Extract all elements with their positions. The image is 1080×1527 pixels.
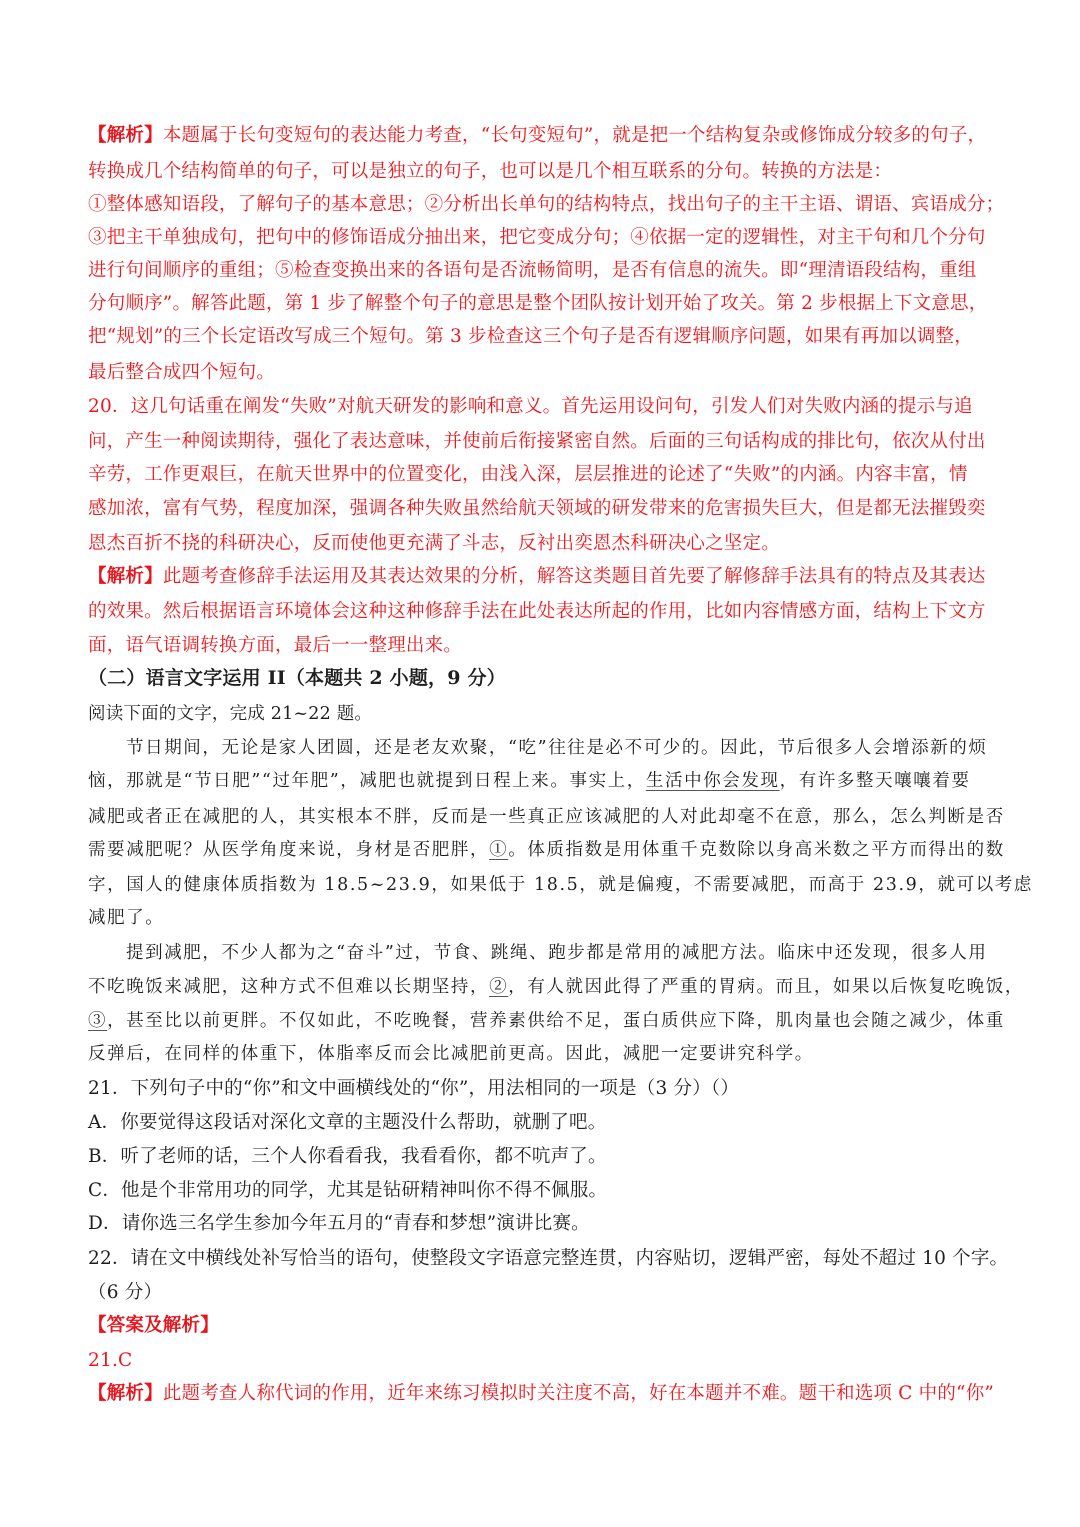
analysis-tag: 【解析】 [88, 566, 163, 587]
passage-p2-line-1: 提到减肥，不少人都为之“奋斗”过，节食、跳绳、跑步都是常用的减肥方法。临床中还发… [126, 941, 988, 965]
analysis-20-line-2: 的效果。然后根据语言环境体会这种这种修辞手法在此处表达所起的作用，比如内容情感方… [88, 600, 986, 624]
passage-text: ，有许多整天嚷嚷着要 [780, 771, 971, 791]
analysis-text: 此题考查修辞手法运用及其表达效果的分析，解答这类题目首先要了解修辞手法具有的特点… [163, 566, 986, 587]
analysis-19-line-1: 【解析】本题属于长句变短句的表达能力考查，“长句变短句”，就是把一个结构复杂或修… [88, 124, 986, 148]
answer-20-line-1: 20．这几句话重在阐发“失败”对航天研发的影响和意义。首先运用设问句，引发人们对… [88, 395, 973, 419]
answer-20-line-5: 恩杰百折不挠的科研决心，反而使他更充满了斗志，反衬出奕恩杰科研决心之坚定。 [88, 532, 780, 556]
passage-text: 不吃晚饭来减肥，这种方式不但难以长期坚持， [88, 977, 489, 997]
analysis-19-line-7: 把“规划”的三个长定语改写成三个短句。第 3 步检查这三个句子是否有逻辑顺序问题… [88, 325, 973, 349]
passage-p1-line-3: 减肥或者正在减肥的人，其实根本不胖，反而是一些真正应该减肥的人对此却毫不在意，那… [88, 805, 1005, 829]
answer-21: 21.C [88, 1349, 132, 1373]
question-21-option-c: C．他是个非常用功的同学，尤其是钻研精神叫你不得不佩服。 [88, 1179, 607, 1203]
passage-text: 。体质指数是用体重千克数除以身高米数之平方而得出的数 [508, 840, 1005, 860]
question-22-stem: 22．请在文中横线处补写恰当的语句，使整段文字语意完整连贯，内容贴切，逻辑严密，… [88, 1247, 1008, 1271]
passage-text: ，甚至比以前更胖。不仅如此，不吃晚餐，营养素供给不足，蛋白质供应下降，肌肉量也会… [107, 1011, 1005, 1031]
analysis-tag: 【解析】 [88, 125, 163, 146]
question-21-option-b: B．听了老师的话，三个人你看看我，我看看你，都不吭声了。 [88, 1145, 607, 1169]
passage-p2-line-3: ③，甚至比以前更胖。不仅如此，不吃晚餐，营养素供给不足，蛋白质供应下降，肌肉量也… [88, 1009, 1005, 1033]
passage-p1-line-5: 字，国人的健康体质指数为 18.5~23.9，如果低于 18.5，就是偏瘦，不需… [88, 873, 1033, 897]
analysis-text: 本题属于长句变短句的表达能力考查，“长句变短句”，就是把一个结构复杂或修饰成分较… [163, 125, 986, 146]
analysis-20-line-1: 【解析】此题考查修辞手法运用及其表达效果的分析，解答这类题目首先要了解修辞手法具… [88, 565, 986, 589]
blank-1: ① [489, 840, 508, 860]
blank-2: ② [489, 977, 508, 997]
analysis-19-line-6: 分句顺序”。解答此题，第 1 步了解整个句子的意思是整个团队按计划开始了攻关。第… [88, 292, 987, 316]
answer-20-line-2: 问，产生一种阅读期待，强化了表达意味，并使前后衔接紧密自然。后面的三句话构成的排… [88, 430, 986, 454]
passage-p2-line-4: 反弹后，在同样的体重下，体脂率反而会比减肥前更高。因此，减肥一定要讲究科学。 [88, 1042, 814, 1066]
analysis-19-line-4: ③把主干单独成句，把句中的修饰语成分抽出来，把它变成分句；④依据一定的逻辑性，对… [88, 226, 986, 250]
underlined-phrase: 生活中你会发现 [646, 771, 780, 791]
analysis-19-line-8: 最后整合成四个短句。 [88, 361, 275, 385]
answer-20-line-3: 辛劳，工作更艰巨，在航天世界中的位置变化，由浅入深，层层推进的论述了“失败”的内… [88, 463, 968, 487]
passage-text: 需要减肥呢？从医学角度来说，身材是否肥胖， [88, 840, 489, 860]
question-21-option-d: D．请你选三名学生参加今年五月的“青春和梦想”演讲比赛。 [88, 1212, 590, 1236]
question-21-stem: 21．下列句子中的“你”和文中画横线处的“你”，用法相同的一项是（3 分）（） [88, 1077, 739, 1101]
blank-3: ③ [88, 1011, 107, 1031]
passage-p1-line-1: 节日期间，无论是家人团圆，还是老友欢聚，“吃”往往是必不可少的。因此，节后很多人… [126, 736, 988, 760]
analysis-19-line-3: ①整体感知语段，了解句子的基本意思；②分析出长单句的结构特点，找出句子的主干主语… [88, 193, 1004, 217]
document-page: 【解析】本题属于长句变短句的表达能力考查，“长句变短句”，就是把一个结构复杂或修… [0, 0, 1080, 1527]
passage-text: ，有人就因此得了严重的胃病。而且，如果以后恢复吃晚饭， [508, 977, 1024, 997]
answers-heading: 【答案及解析】 [88, 1314, 219, 1338]
analysis-20-line-3: 面，语气语调转换方面，最后一一整理出来。 [88, 634, 462, 658]
passage-p1-line-4: 需要减肥呢？从医学角度来说，身材是否肥胖，①。体质指数是用体重千克数除以身高米数… [88, 838, 1005, 862]
passage-text: 恼，那就是“节日肥”“过年肥”，减肥也就提到日程上来。事实上， [88, 771, 646, 791]
analysis-21-line-1: 【解析】此题考查人称代词的作用，近年来练习模拟时关注度不高，好在本题并不难。题干… [88, 1382, 994, 1406]
question-21-option-a: A．你要觉得这段话对深化文章的主题没什么帮助，就删了吧。 [88, 1111, 606, 1135]
passage-p1-line-2: 恼，那就是“节日肥”“过年肥”，减肥也就提到日程上来。事实上，生活中你会发现，有… [88, 769, 971, 793]
analysis-19-line-2: 转换成几个结构简单的句子，可以是独立的句子，也可以是几个相互联系的分句。转换的方… [88, 160, 892, 184]
passage-p1-line-6: 减肥了。 [88, 906, 164, 930]
reading-instruction: 阅读下面的文字，完成 21~22 题。 [88, 702, 372, 726]
answer-20-line-4: 感加浓，富有气势，程度加深，强调各种失败虽然给航天领域的研发带来的危害损失巨大，… [88, 497, 986, 521]
question-22-points: （6 分） [88, 1281, 162, 1305]
analysis-tag: 【解析】 [88, 1383, 163, 1404]
analysis-19-line-5: 进行句间顺序的重组；⑤检查变换出来的各语句是否流畅简明，是否有信息的流失。即“理… [88, 259, 977, 283]
passage-p2-line-2: 不吃晚饭来减肥，这种方式不但难以长期坚持，②，有人就因此得了严重的胃病。而且，如… [88, 975, 1024, 999]
analysis-text: 此题考查人称代词的作用，近年来练习模拟时关注度不高，好在本题并不难。题干和选项 … [163, 1383, 994, 1404]
section-heading: （二）语言文字运用 II（本题共 2 小题，9 分） [88, 666, 506, 690]
